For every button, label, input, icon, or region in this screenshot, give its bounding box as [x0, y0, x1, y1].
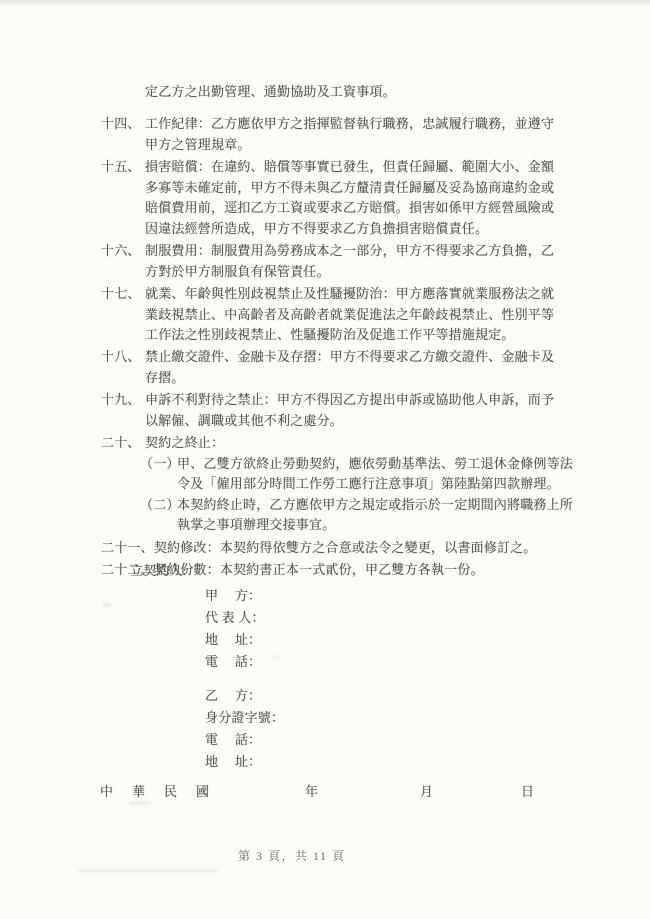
clause-number: 二十一、	[101, 538, 154, 558]
clause-line: 禁止繳交證件、金融卡及存摺：甲方不得要求乙方繳交證件、金融卡及	[145, 347, 554, 367]
clause-line: 業歧視禁止、中高齡者及高齡者就業促進法之年齡歧視禁止、性別平等	[145, 305, 554, 325]
scan-artifact	[78, 870, 218, 872]
clause-body: 契約份數：本契約書正本一式貳份，甲乙雙方各執一份。	[154, 560, 484, 580]
clause-line: 就業、年齡與性別歧視禁止及性騷擾防治：甲方應落實就業服務法之就	[145, 284, 554, 304]
clause-number: 十七、	[101, 284, 145, 345]
clause-line: 多寡等未確定前，甲方不得未與乙方釐清責任歸屬及妥為協商違約金或	[145, 178, 554, 198]
signature-section-title: 立契約人:	[130, 561, 187, 581]
clause-line: 令及「僱用部分時間工作勞工應行注意事項」第陸點第四款辦理。	[177, 474, 573, 494]
signature-row: 乙 方：	[205, 685, 284, 707]
scan-artifact	[272, 656, 282, 659]
clause-line: 工作法之性別歧視禁止、性騷擾防治及促進工作平等措施規定。	[145, 325, 554, 345]
contract-clause: 二十、契約之終止：（一）甲、乙雙方欲終止勞動契約，應依勞動基準法、勞工退休金條例…	[0, 433, 650, 535]
clause-line: 工作紀律：乙方應依甲方之指揮監督執行職務，忠誠履行職務，並遵守	[145, 114, 554, 134]
clause-line: 契約修改：本契約得依雙方之合意或法令之變更，以書面修訂之。	[154, 538, 537, 558]
clause-continuation-line: 定乙方之出勤管理、通勤協助及工資事項。	[145, 82, 650, 102]
contract-body: 定乙方之出勤管理、通勤協助及工資事項。 十四、工作紀律：乙方應依甲方之指揮監督執…	[0, 82, 650, 582]
subitem-lines: 本契約終止時，乙方應依甲方之規定或指示於一定期間內將職務上所執掌之事項辦理交接事…	[177, 495, 573, 536]
clause-line: 本契約終止時，乙方應依甲方之規定或指示於一定期間內將職務上所	[177, 495, 573, 515]
contract-clause: 十四、工作紀律：乙方應依甲方之指揮監督執行職務，忠誠履行職務，並遵守甲方之管理規…	[0, 114, 650, 155]
roc-month-label: 月	[420, 782, 433, 802]
scan-artifact	[102, 603, 112, 607]
clause-line: 甲方之管理規章。	[145, 135, 554, 155]
signature-row: 電 話：	[205, 651, 265, 673]
signature-row: 甲 方：	[205, 585, 265, 607]
scan-edge-shadow	[0, 0, 650, 8]
clause-line: 方對於甲方制服負有保管責任。	[145, 262, 554, 282]
contract-clause: 十八、禁止繳交證件、金融卡及存摺：甲方不得要求乙方繳交證件、金融卡及存摺。	[0, 347, 650, 388]
clause-number: 十八、	[101, 347, 145, 388]
clause-number: 十九、	[101, 390, 145, 431]
clause-line: 因違法經營所造成，甲方不得要求乙方負擔損害賠償責任。	[145, 219, 554, 239]
clauses-list: 十四、工作紀律：乙方應依甲方之指揮監督執行職務，忠誠履行職務，並遵守甲方之管理規…	[0, 114, 650, 580]
signature-row: 地 址：	[205, 751, 284, 773]
roc-year-label: 年	[305, 782, 318, 802]
clause-body: 就業、年齡與性別歧視禁止及性騷擾防治：甲方應落實就業服務法之就業歧視禁止、中高齡…	[145, 284, 554, 345]
clause-body: 禁止繳交證件、金融卡及存摺：甲方不得要求乙方繳交證件、金融卡及存摺。	[145, 347, 554, 388]
clause-line: 契約份數：本契約書正本一式貳份，甲乙雙方各執一份。	[154, 560, 484, 580]
clause-number: 十五、	[101, 157, 145, 239]
clause-number: 十四、	[101, 114, 145, 155]
subitem-marker: （二）	[140, 495, 177, 536]
clause-subitem: （二）本契約終止時，乙方應依甲方之規定或指示於一定期間內將職務上所執掌之事項辦理…	[140, 495, 573, 536]
clause-body: 工作紀律：乙方應依甲方之指揮監督執行職務，忠誠履行職務，並遵守甲方之管理規章。	[145, 114, 554, 155]
contract-clause: 十六、制服費用：制服費用為勞務成本之一部分，甲方不得要求乙方負擔，乙方對於甲方制…	[0, 241, 650, 282]
clause-line: 申訴不利對待之禁止：甲方不得因乙方提出申訴或協助他人申訴，而予	[145, 390, 554, 410]
scanned-contract-page: 定乙方之出勤管理、通勤協助及工資事項。 十四、工作紀律：乙方應依甲方之指揮監督執…	[0, 0, 650, 919]
signature-party-b: 乙 方：身分證字號：電 話：地 址：	[205, 685, 284, 773]
roc-day-label: 日	[521, 782, 534, 802]
roc-date-line: 中華民國 年 月 日	[0, 782, 650, 804]
contract-clause: 二十一、契約修改：本契約得依雙方之合意或法令之變更，以書面修訂之。	[0, 538, 650, 558]
clause-line: 制服費用：制服費用為勞務成本之一部分，甲方不得要求乙方負擔，乙	[145, 241, 554, 261]
signature-row: 地 址：	[205, 629, 265, 651]
contract-clause: 二十二、契約份數：本契約書正本一式貳份，甲乙雙方各執一份。	[0, 560, 650, 580]
clause-number: 二十、	[101, 433, 145, 535]
clause-body: 契約修改：本契約得依雙方之合意或法令之變更，以書面修訂之。	[154, 538, 537, 558]
contract-clause: 十九、申訴不利對待之禁止：甲方不得因乙方提出申訴或協助他人申訴，而予以解僱、調職…	[0, 390, 650, 431]
clause-number: 十六、	[101, 241, 145, 282]
signature-row: 代 表 人：	[205, 607, 265, 629]
clause-subitem: （一）甲、乙雙方欲終止勞動契約，應依勞動基準法、勞工退休金條例等法令及「僱用部分…	[140, 454, 573, 495]
subitem-lines: 甲、乙雙方欲終止勞動契約，應依勞動基準法、勞工退休金條例等法令及「僱用部分時間工…	[177, 454, 573, 495]
clause-body: 制服費用：制服費用為勞務成本之一部分，甲方不得要求乙方負擔，乙方對於甲方制服負有…	[145, 241, 554, 282]
signature-row: 電 話：	[205, 729, 284, 751]
signature-row: 身分證字號：	[205, 707, 284, 729]
page-number-footer: 第 3 頁，共 11 頁	[238, 847, 346, 864]
clause-line: 賠償費用前，逕扣乙方工資或要求乙方賠償。損害如係甲方經營風險或	[145, 198, 554, 218]
clause-body: 契約之終止：（一）甲、乙雙方欲終止勞動契約，應依勞動基準法、勞工退休金條例等法令…	[145, 433, 573, 535]
signature-party-a: 甲 方：代 表 人：地 址：電 話：	[205, 585, 265, 673]
contract-clause: 十五、損害賠償：在違約、賠償等事實已發生，但責任歸屬、範圍大小、金額多寡等未確定…	[0, 157, 650, 239]
roc-era-label: 中華民國	[100, 782, 228, 802]
subitem-marker: （一）	[140, 454, 177, 495]
clause-line: 以解僱、調職或其他不利之處分。	[145, 411, 554, 431]
clause-line: 存摺。	[145, 368, 554, 388]
clause-line: 損害賠償：在違約、賠償等事實已發生，但責任歸屬、範圍大小、金額	[145, 157, 554, 177]
contract-clause: 十七、就業、年齡與性別歧視禁止及性騷擾防治：甲方應落實就業服務法之就業歧視禁止、…	[0, 284, 650, 345]
clause-body: 申訴不利對待之禁止：甲方不得因乙方提出申訴或協助他人申訴，而予以解僱、調職或其他…	[145, 390, 554, 431]
clause-line: 執掌之事項辦理交接事宜。	[177, 515, 573, 535]
clause-body: 損害賠償：在違約、賠償等事實已發生，但責任歸屬、範圍大小、金額多寡等未確定前，甲…	[145, 157, 554, 239]
clause-line: 甲、乙雙方欲終止勞動契約，應依勞動基準法、勞工退休金條例等法	[177, 454, 573, 474]
clause-line: 契約之終止：	[145, 433, 573, 453]
